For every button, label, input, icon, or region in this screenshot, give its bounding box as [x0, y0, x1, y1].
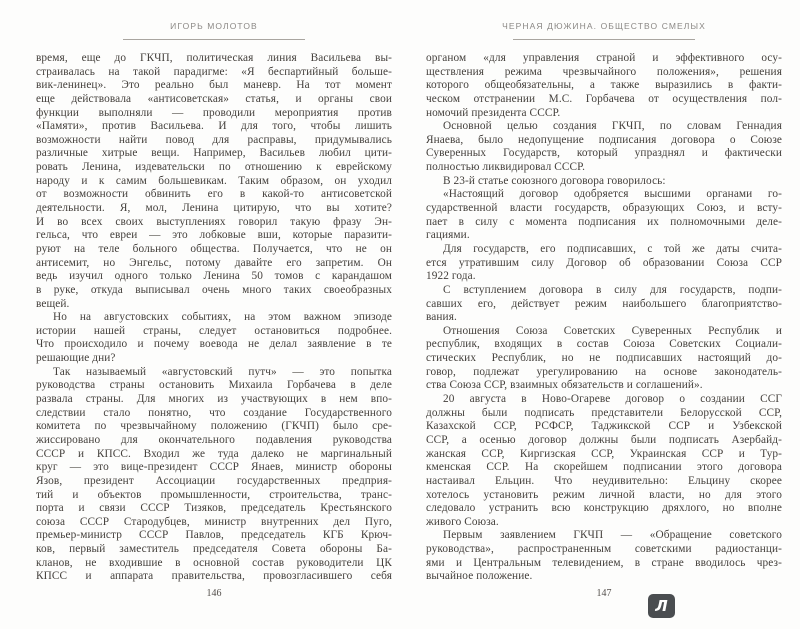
text-line: ровать Ленина, издевательски по отношени…: [36, 161, 392, 175]
text-line: жиссировано для окончательного подавлени…: [36, 434, 392, 448]
text-line: ется утратившим силу Договор об образова…: [426, 257, 782, 271]
text-line: ями и Центральным телевидением, в стране…: [426, 557, 782, 571]
text-line: савших его, действует режим наибольшего …: [426, 298, 782, 312]
text-line: вик-ленинец». Это реально был маневр. На…: [36, 79, 392, 93]
text-line: Так называемый «августовский путч» — это…: [36, 366, 392, 380]
text-line: истории нашей страны, следует остановить…: [36, 325, 392, 339]
text-line: должны были подписать представители Бело…: [426, 407, 782, 421]
text-line: ков, первый заместитель председателя Сов…: [36, 543, 392, 557]
text-line: развала страны. Для многих из участвующи…: [36, 393, 392, 407]
text-line: решающие дни?: [36, 352, 392, 366]
text-line: народу и к самим большевикам. Таким обра…: [36, 175, 392, 189]
text-line: комитета по чрезвычайному положению (ГКЧ…: [36, 420, 392, 434]
text-line: Казахской ССР, РСФСР, Таджикской ССР и У…: [426, 420, 782, 434]
text-line: КПСС и аппарата правительства, провозгла…: [36, 570, 392, 584]
text-line: сударственной власти государств, образую…: [426, 202, 782, 216]
text-line: номочий президента СССР.: [426, 107, 782, 121]
text-line: 1922 года.: [426, 270, 782, 284]
text-line: 20 августа в Ново-Огареве договор о созд…: [426, 393, 782, 407]
text-line: руководства страны остановить Михаила Го…: [36, 379, 392, 393]
text-line: руют на теле больного общества. Получает…: [36, 243, 392, 257]
page-number-right: 147: [426, 588, 782, 599]
page-left: ИГОРЬ МОЛОТОВ время, еще до ГКЧП, полити…: [36, 0, 392, 629]
text-line: ческом отстранении М.С. Горбачева от осу…: [426, 93, 782, 107]
running-header-title: ЧЕРНАЯ ДЮЖИНА. ОБЩЕСТВО СМЕЛЫХ: [426, 21, 782, 31]
text-line: «Памяти», против Васильева. И для того, …: [36, 120, 392, 134]
text-line: «Настоящий договор одобряется высшими ор…: [426, 188, 782, 202]
text-line: Для государств, его подписавших, с той ж…: [426, 243, 782, 257]
body-text-left: время, еще до ГКЧП, политическая линия В…: [36, 52, 392, 584]
body-text-right: органом «для управления страной и эффект…: [426, 52, 782, 584]
book-spread: ИГОРЬ МОЛОТОВ время, еще до ГКЧП, полити…: [0, 0, 800, 629]
text-line: ществления режима чрезвычайного положени…: [426, 66, 782, 80]
text-line: следствии стало понятно, что создание Го…: [36, 407, 392, 421]
text-line: время, еще до ГКЧП, политическая линия В…: [36, 52, 392, 66]
header-rule: [513, 39, 695, 40]
running-header-author: ИГОРЬ МОЛОТОВ: [36, 21, 392, 31]
text-line: тий и объектов промышленности, строитель…: [36, 489, 392, 503]
text-line: функции выполняли — проводили мероприяти…: [36, 107, 392, 121]
text-line: С вступлением договора в силу для госуда…: [426, 284, 782, 298]
text-line: союза СССР Стародубцев, министр внутренн…: [36, 516, 392, 530]
text-line: республик, входящих в состав Союза Совет…: [426, 338, 782, 352]
text-line: говор, подлежат урегулированию на основе…: [426, 366, 782, 380]
text-line: Но на августовских событиях, на этом важ…: [36, 311, 392, 325]
text-line: Отношения Союза Советских Суверенных Рес…: [426, 325, 782, 339]
text-line: настаивал Ельцин. Что неудивительно: Ель…: [426, 475, 782, 489]
text-line: Первым заявлением ГКЧП — «Обращение сове…: [426, 529, 782, 543]
text-line: руководства», распространенным советским…: [426, 543, 782, 557]
header-rule: [123, 39, 305, 40]
text-line: премьер-министр СССР Павлов, председател…: [36, 529, 392, 543]
page-number-left: 146: [36, 588, 392, 599]
text-line: И во всех своих выступлениях говорил так…: [36, 216, 392, 230]
labirint-letter-badge: Л: [648, 594, 675, 618]
text-line: кланов, не входившие в основной состав р…: [36, 557, 392, 571]
text-line: еще действовала «антисоветская» статья, …: [36, 93, 392, 107]
text-line: ства Союза ССР, взаимных обязательств и …: [426, 379, 782, 393]
page-right: ЧЕРНАЯ ДЮЖИНА. ОБЩЕСТВО СМЕЛЫХ органом «…: [426, 0, 782, 629]
text-line: которого общеобязательны, а также вырази…: [426, 79, 782, 93]
text-line: Основной целью создания ГКЧП, по словам …: [426, 120, 782, 134]
text-line: жанская ССР, Киргизская ССР, Украинская …: [426, 448, 782, 462]
text-line: вания.: [426, 311, 782, 325]
text-line: круг — это вице-президент СССР Янаев, ми…: [36, 461, 392, 475]
text-line: хотелось установить режим личной власти,…: [426, 489, 782, 503]
text-line: СССР и КПСС. Входил же туда далеко не ма…: [36, 448, 392, 462]
text-line: пает в силу с момента подписания их полн…: [426, 216, 782, 230]
text-line: возможности найти повод для расправы, пр…: [36, 134, 392, 148]
text-line: Янаева, было недопущение подписания дого…: [426, 134, 782, 148]
text-line: ССР, а осенью договор должны были подпис…: [426, 434, 782, 448]
text-line: гациями.: [426, 229, 782, 243]
text-line: В 23-й статье союзного договора говорило…: [426, 175, 782, 189]
text-line: живого Союза.: [426, 516, 782, 530]
text-line: органом «для управления страной и эффект…: [426, 52, 782, 66]
text-line: деятельности. Я, мол, Ленина цитирую, чт…: [36, 202, 392, 216]
text-line: антисемит, но Энгельс, потому давайте ег…: [36, 257, 392, 271]
text-line: ведь изучил одного только Ленина 50 томо…: [36, 270, 392, 284]
text-line: гельса, что евреи — это лобковые вши, ко…: [36, 229, 392, 243]
text-line: страивалась на такой парадигме: «Я беспа…: [36, 66, 392, 80]
text-line: кменская ССР. На скорейшем подписании эт…: [426, 461, 782, 475]
text-line: от возможности обвинить его в какой-то а…: [36, 188, 392, 202]
text-line: Суверенных Государств, который упразднял…: [426, 147, 782, 161]
text-line: различные хитрые вещи. Например, Василье…: [36, 147, 392, 161]
text-line: стических Республик, но не подписавших н…: [426, 352, 782, 366]
text-line: полностью ликвидировал СССР.: [426, 161, 782, 175]
text-line: Что происходило и почему воевода не дела…: [36, 338, 392, 352]
text-line: вычайное положение.: [426, 570, 782, 584]
text-line: в руке, откуда выписывал очень много так…: [36, 284, 392, 298]
text-line: порта и связи СССР Тизяков, председатель…: [36, 502, 392, 516]
text-line: следовало устранить всю конструкцию дрях…: [426, 502, 782, 516]
text-line: вещей.: [36, 298, 392, 312]
text-line: Язов, президент Ассоциации государственн…: [36, 475, 392, 489]
